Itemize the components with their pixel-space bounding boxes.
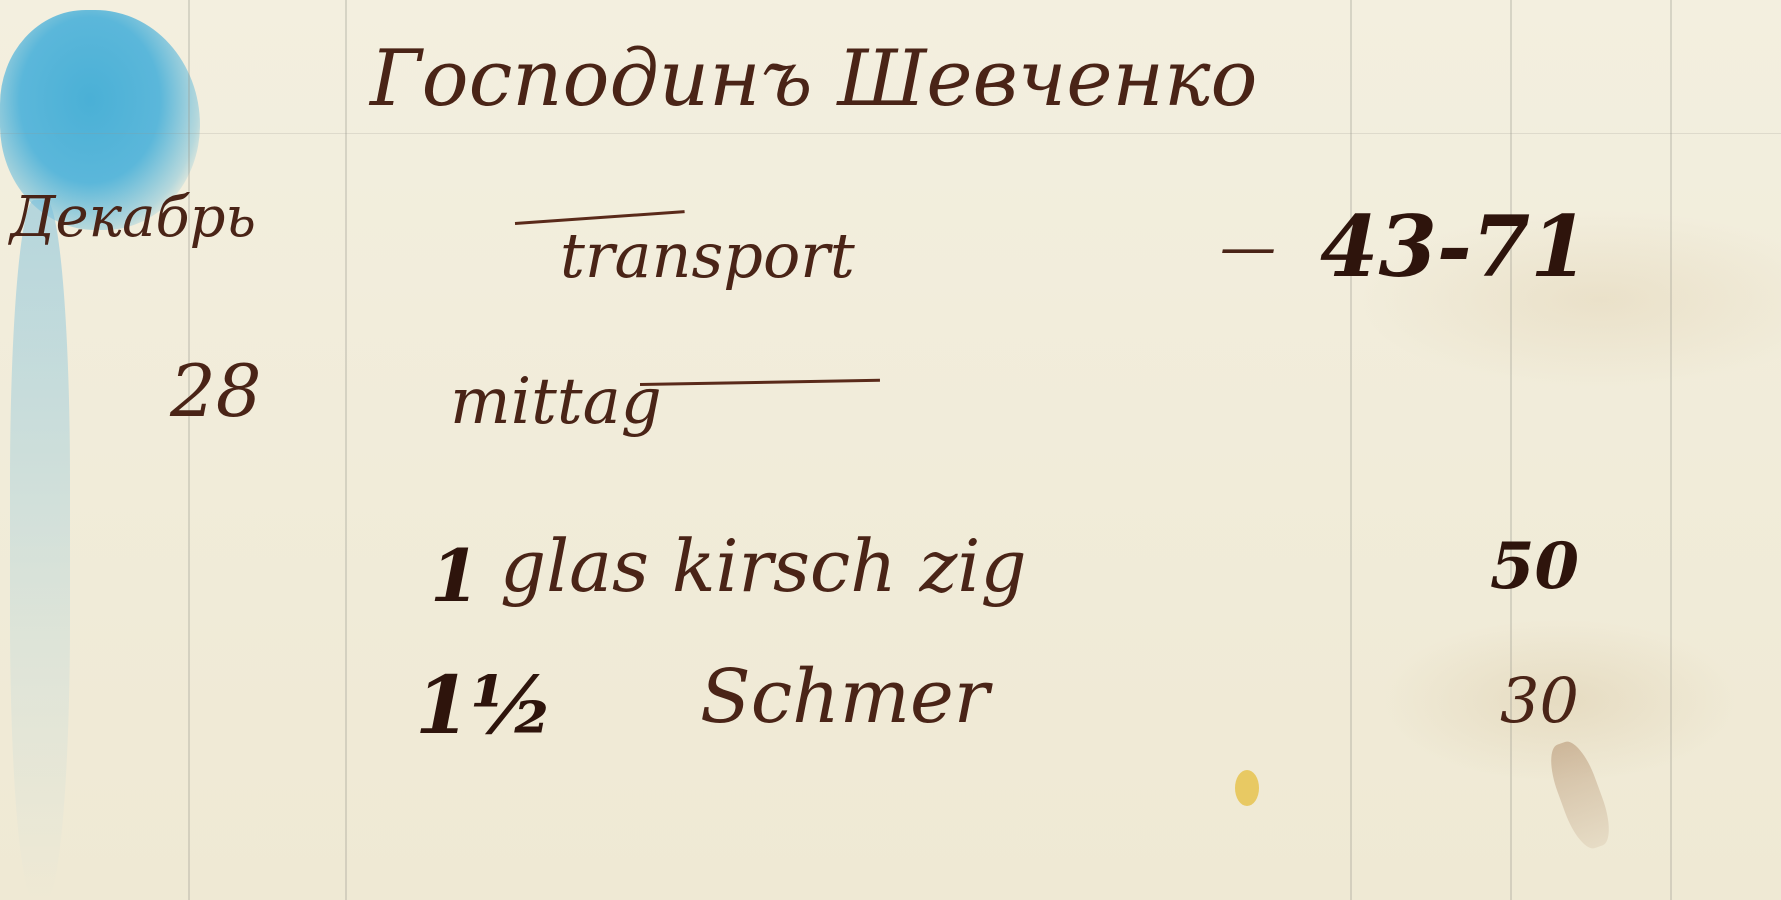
- brown-stain: [1542, 736, 1617, 853]
- entry-description: Schmer: [700, 660, 989, 734]
- row-rule: [0, 133, 1781, 134]
- transport-dash: —: [1220, 220, 1276, 276]
- entry-description: glas kirsch zig: [500, 530, 1027, 602]
- entry-quantity: 1: [430, 540, 480, 612]
- t-crossbar: [640, 379, 880, 386]
- column-rule: [1350, 0, 1352, 900]
- blue-ink-drip: [10, 200, 70, 900]
- transport-label: transport: [560, 225, 855, 287]
- yellow-stain: [1235, 770, 1259, 806]
- column-rule: [1510, 0, 1512, 900]
- addressee-heading: Господинъ Шевченко: [370, 40, 1257, 118]
- entry-amount: 30: [1500, 670, 1579, 732]
- entry-quantity: 1½: [415, 665, 554, 745]
- entry-amount: 50: [1490, 535, 1579, 599]
- entry-date: 28: [170, 355, 262, 427]
- column-rule: [1670, 0, 1672, 900]
- column-rule: [188, 0, 190, 900]
- column-rule: [345, 0, 347, 900]
- entry-description: mittag: [450, 370, 662, 434]
- transport-amount: 43-71: [1320, 205, 1589, 289]
- ledger-page: Господинъ Шевченко Декабрь transport — 4…: [0, 0, 1781, 900]
- month-label: Декабрь: [10, 190, 256, 246]
